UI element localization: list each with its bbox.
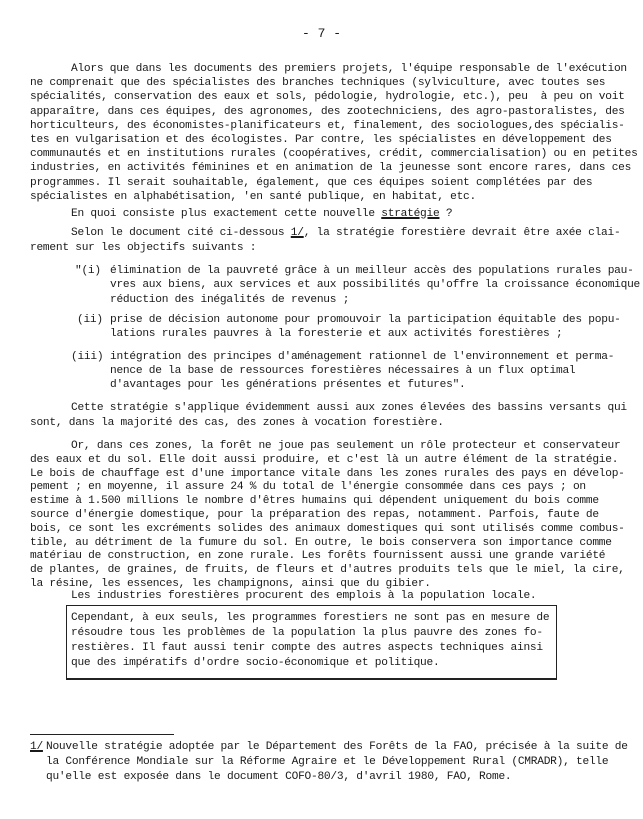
page-number: - 7 -: [0, 26, 643, 41]
boxed-line: restières. Il faut aussi tenir compte de…: [71, 641, 543, 656]
paragraph-4-line: matériau de construction, en zone rurale…: [30, 549, 605, 564]
paragraph-1-line: spécialistes en alphabétisation, 'en san…: [30, 190, 476, 205]
objective-line: réduction des inégalités de revenus ;: [110, 293, 349, 308]
boxed-line: Cependant, à eux seuls, les programmes f…: [71, 611, 549, 626]
p2-text: Selon le document cité ci-dessous: [71, 227, 291, 239]
paragraph-4-line: tible, au détriment de la fumure du sol.…: [30, 536, 612, 551]
document-page: - 7 - Alors que dans les documents des p…: [0, 0, 643, 819]
footnote-line: la Conférence Mondiale sur la Réforme Ag…: [46, 755, 608, 770]
paragraph-1-line: Alors que dans les documents des premier…: [71, 62, 627, 77]
paragraph-1-line: industries, en activités féminines et en…: [30, 161, 631, 176]
footnote-marker: 1/: [30, 740, 43, 755]
paragraph-4-line: bois, ce sont les excréments solides des…: [30, 522, 625, 537]
paragraph-4-line: des eaux et du sol. Elle doit aussi prod…: [30, 453, 618, 468]
paragraph-4-line: Le bois de chauffage est d'une importanc…: [30, 467, 625, 482]
paragraph-4-line: pement ; en moyenne, il assure 24 % du t…: [30, 480, 586, 495]
paragraph-1-line: programmes. Il serait souhaitable, égale…: [30, 176, 592, 191]
objective-line: d'avantages pour les générations présent…: [110, 378, 466, 393]
paragraph-1-line: communautés et en institutions rurales (…: [30, 147, 638, 162]
boxed-line: que des impératifs d'ordre socio-économi…: [71, 656, 439, 671]
paragraph-4-line: de plantes, de graines, de fruits, de fl…: [30, 563, 625, 578]
objective-line: lations rurales pauvres à la foresterie …: [110, 327, 562, 342]
paragraph-3-line: Cette stratégie s'applique évidemment au…: [71, 401, 627, 416]
paragraph-1-line: ne comprenait que des spécialistes des b…: [30, 76, 605, 91]
footnote-line: Nouvelle stratégie adoptée par le Départ…: [46, 740, 628, 755]
footnote-separator: [30, 734, 174, 735]
footnote-ref: 1/: [291, 227, 304, 239]
paragraph-1-line: spécialités, conservation des eaux et so…: [30, 90, 625, 105]
paragraph-5: Les industries forestières procurent des…: [71, 589, 536, 604]
objective-marker: (iii): [71, 350, 103, 365]
objective-line: élimination de la pauvreté grâce à un me…: [110, 264, 634, 279]
objective-line: vres aux biens, aux services et aux poss…: [110, 278, 643, 293]
question-mark: ?: [439, 208, 452, 220]
paragraph-2-line: Selon le document cité ci-dessous 1/, la…: [71, 226, 620, 241]
question-line: En quoi consiste plus exactement cette n…: [71, 207, 452, 222]
p2-text: , la stratégie forestière devrait être a…: [304, 227, 621, 239]
footnote-line: qu'elle est exposée dans le document COF…: [46, 770, 511, 785]
objective-line: prise de décision autonome pour promouvo…: [110, 313, 621, 328]
paragraph-3-line: sont, dans la majorité des cas, des zone…: [30, 416, 444, 431]
paragraph-2-line: rement sur les objectifs suivants :: [30, 241, 256, 256]
objective-marker: "(i): [75, 264, 101, 279]
objective-line: nence de la base de ressources forestièr…: [110, 364, 575, 379]
objective-marker: (ii): [77, 313, 103, 328]
paragraph-4-line: Or, dans ces zones, la forêt ne joue pas…: [71, 439, 620, 454]
paragraph-1-line: tes en vulgarisation et des écologistes.…: [30, 133, 612, 148]
strategy-underlined: stratégie: [381, 208, 439, 220]
boxed-line: résoudre tous les problèmes de la popula…: [71, 626, 543, 641]
objective-line: intégration des principes d'aménagement …: [110, 350, 614, 365]
question-text: En quoi consiste plus exactement cette n…: [71, 208, 381, 220]
paragraph-4-line: source d'énergie domestique, pour la pré…: [30, 508, 599, 523]
paragraph-1-line: horticulteurs, des économistes-planifica…: [30, 119, 625, 134]
paragraph-4-line: estime à 1.500 millions le nombre d'être…: [30, 494, 599, 509]
paragraph-1-line: apparaître, dans ces équipes, des agrono…: [30, 105, 625, 120]
